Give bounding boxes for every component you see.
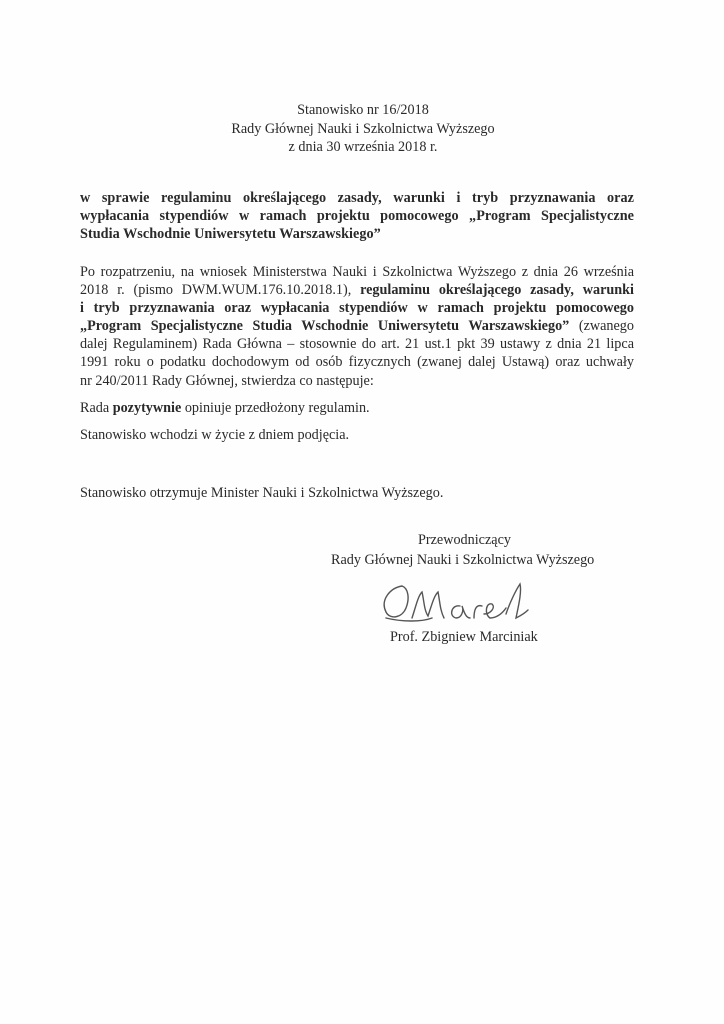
document-title: Stanowisko nr 16/2018: [0, 101, 724, 120]
text-line: „Program Specjalistyczne Studia Wschodni…: [80, 317, 634, 335]
plain-text: opiniuje przedłożony regulamin.: [181, 400, 369, 416]
text-line: 2018 r. (pismo DWM.WUM.176.10.2018.1), r…: [80, 281, 634, 299]
plain-text: Rada: [80, 400, 113, 416]
handwritten-signature-icon: [372, 578, 542, 628]
text-line: i tryb przyznawania oraz wypłacania styp…: [80, 299, 634, 317]
text-line: 1991 roku o podatku dochodowym od osób f…: [80, 353, 634, 371]
signatory-role: Przewodniczący: [300, 530, 640, 550]
signature-block: Przewodniczący Rady Głównej Nauki i Szko…: [300, 530, 640, 570]
bold-text: „Program Specjalistyczne Studia Wschodni…: [80, 318, 569, 334]
subject-line: Studia Wschodnie Uniwersytetu Warszawski…: [80, 225, 634, 243]
bold-text: pozytywnie: [113, 400, 182, 416]
text-line: Po rozpatrzeniu, na wniosek Ministerstwa…: [80, 263, 634, 281]
plain-text: 2018 r. (pismo DWM.WUM.176.10.2018.1),: [80, 282, 360, 298]
text-line: dalej Regulaminem) Rada Główna – stosown…: [80, 335, 634, 353]
document-page: Stanowisko nr 16/2018 Rady Głównej Nauki…: [0, 0, 724, 1024]
subject-line: wypłacania stypendiów w ramach projektu …: [80, 207, 634, 225]
subject-line: w sprawie regulaminu określającego zasad…: [80, 189, 634, 207]
text-line: nr 240/2011 Rady Głównej, stwierdza co n…: [80, 372, 634, 390]
document-subject: w sprawie regulaminu określającego zasad…: [80, 189, 634, 243]
paragraph-recipient: Stanowisko otrzymuje Minister Nauki i Sz…: [80, 484, 634, 502]
paragraph-decision: Rada pozytywnie opiniuje przedłożony reg…: [80, 399, 634, 417]
bold-text: i tryb przyznawania oraz wypłacania styp…: [80, 300, 634, 316]
signatory-organization: Rady Głównej Nauki i Szkolnictwa Wyższeg…: [300, 550, 640, 570]
document-header: Stanowisko nr 16/2018 Rady Głównej Nauki…: [0, 101, 724, 157]
issuer-line: Rady Głównej Nauki i Szkolnictwa Wyższeg…: [0, 120, 724, 139]
plain-text: (zwanego: [569, 318, 634, 334]
paragraph-considerations: Po rozpatrzeniu, na wniosek Ministerstwa…: [80, 263, 634, 390]
date-line: z dnia 30 września 2018 r.: [0, 138, 724, 157]
bold-text: regulaminu określającego zasady, warunki: [360, 282, 634, 298]
signatory-name: Prof. Zbigniew Marciniak: [390, 628, 538, 646]
paragraph-effective: Stanowisko wchodzi w życie z dniem podję…: [80, 426, 634, 444]
